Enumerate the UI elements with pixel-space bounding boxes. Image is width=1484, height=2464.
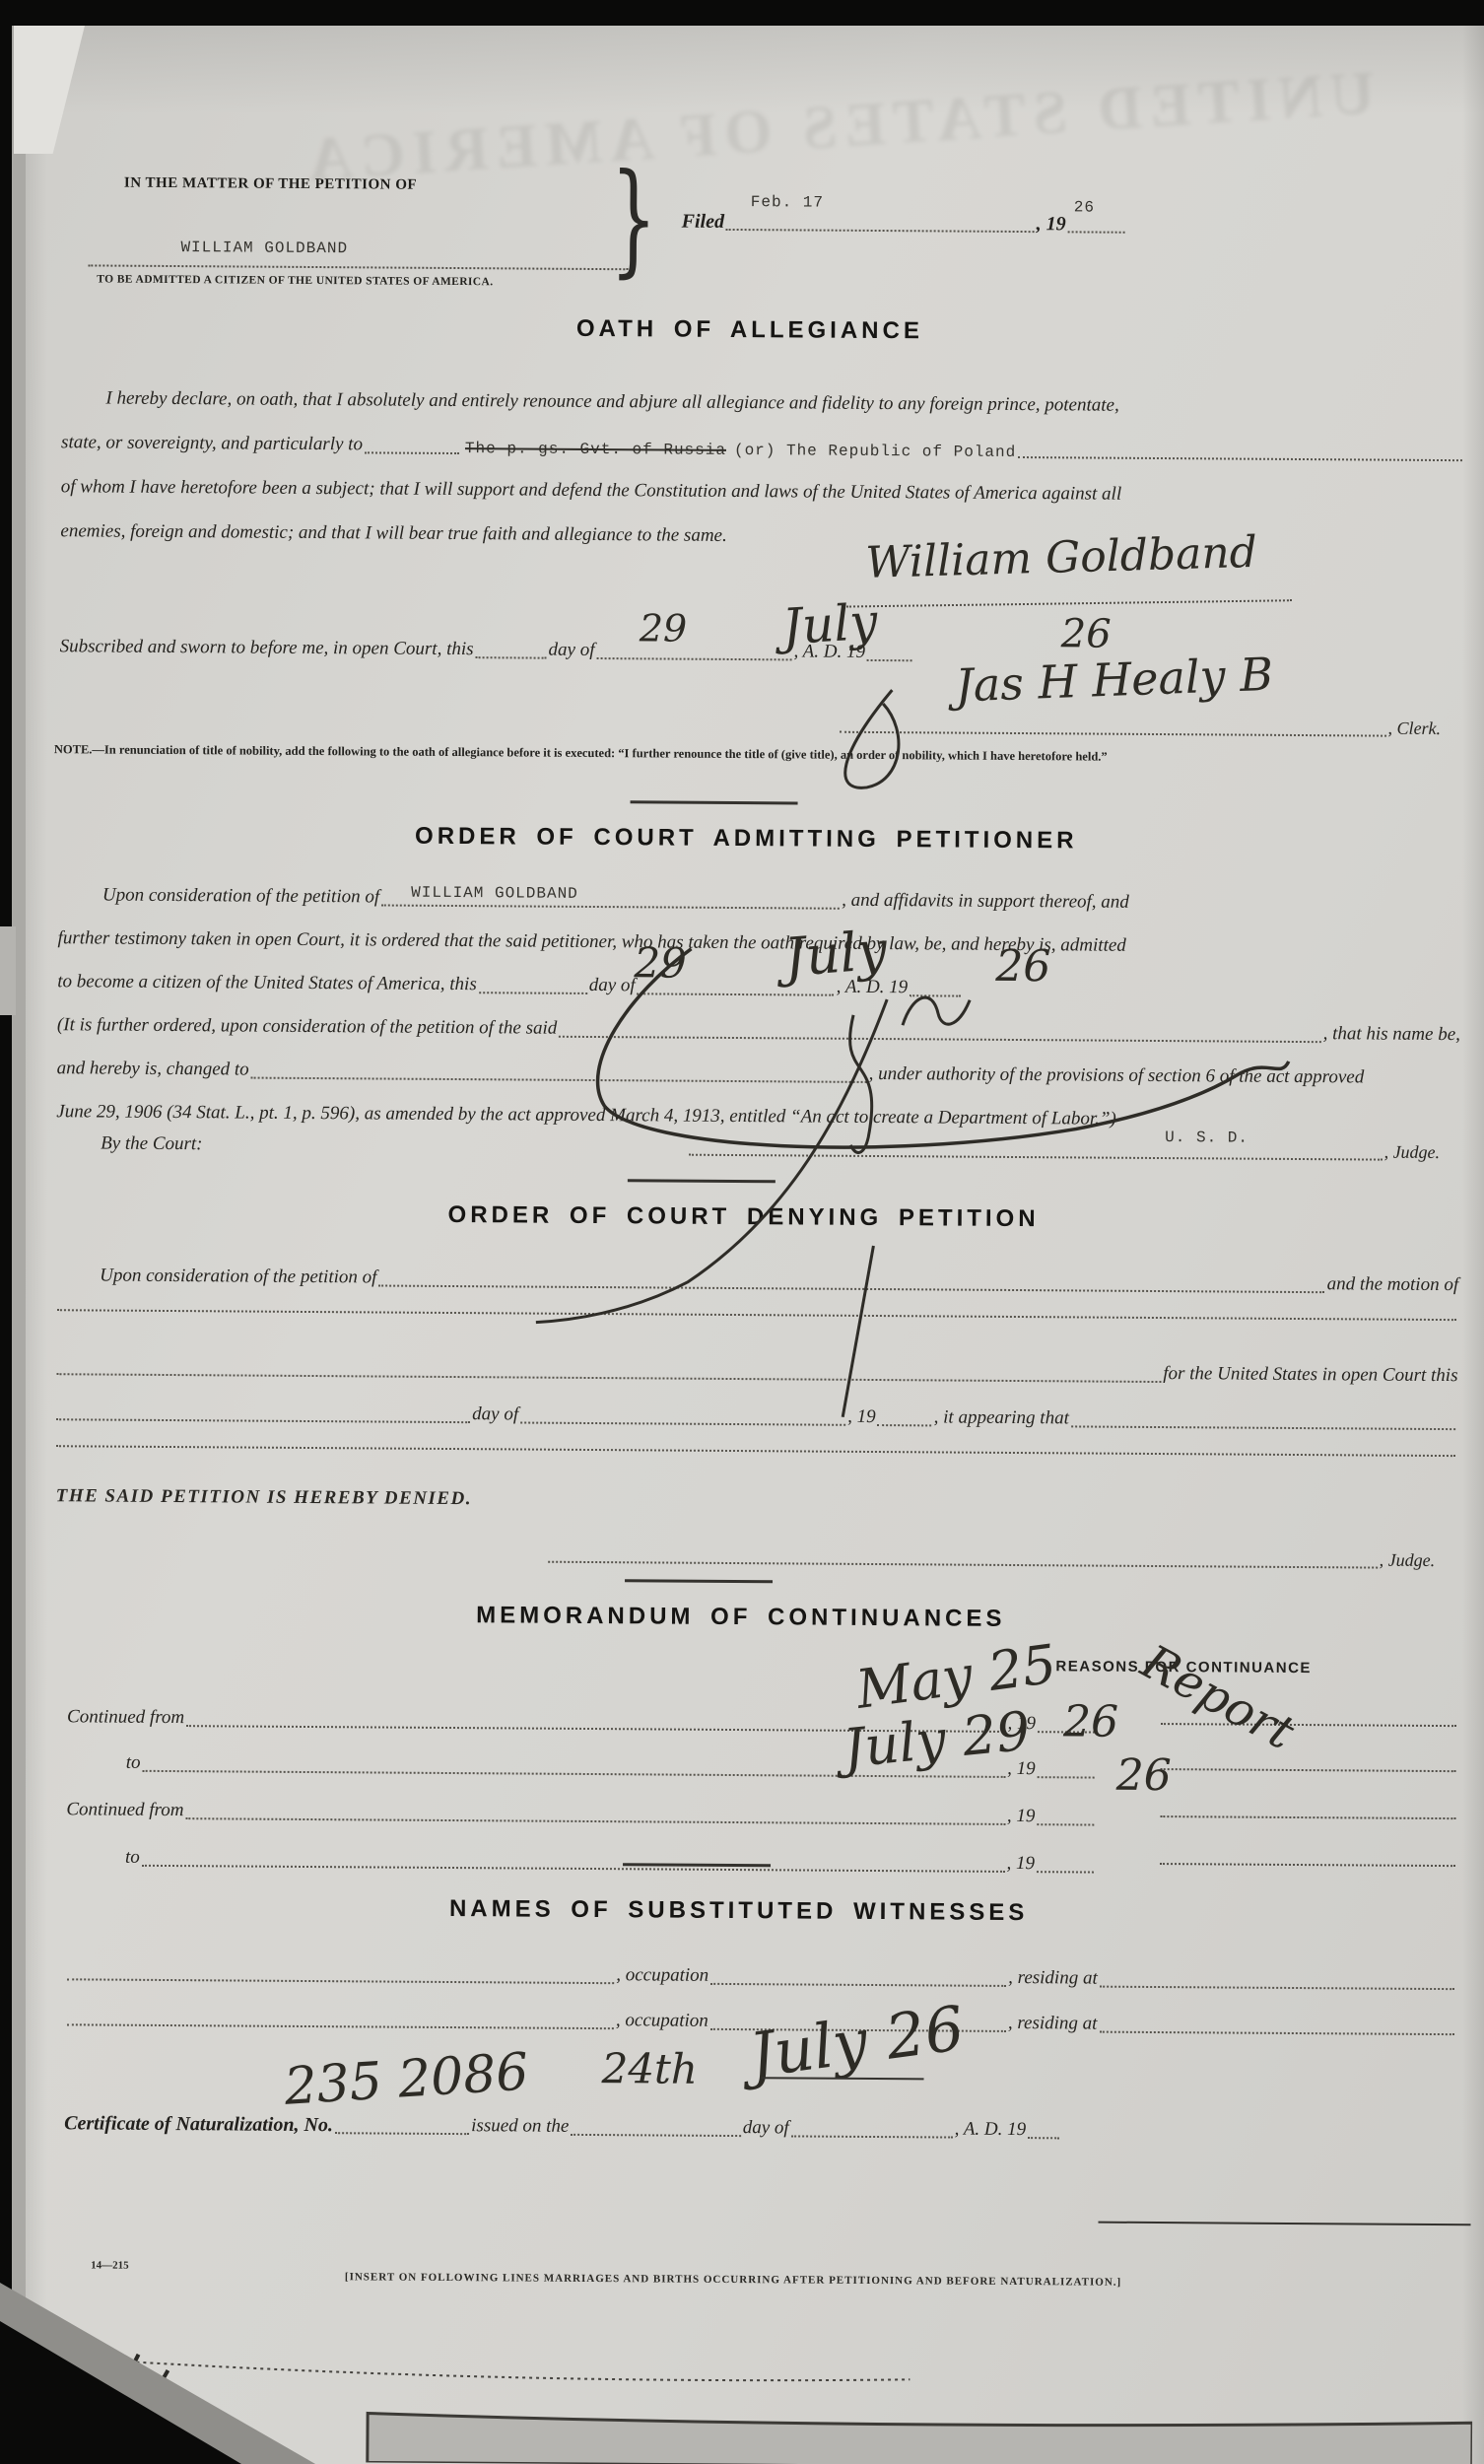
scan-edge-top [0, 0, 1484, 26]
pen-strokes [0, 0, 1484, 2464]
page-edge-strip [12, 26, 26, 2464]
page-tab [0, 926, 16, 1015]
scan-edge-left [0, 0, 12, 2464]
scanned-document: UNITED STATES OF AMERICA IN THE MATTER O… [0, 0, 1484, 2464]
form-content: UNITED STATES OF AMERICA IN THE MATTER O… [0, 0, 1484, 2464]
